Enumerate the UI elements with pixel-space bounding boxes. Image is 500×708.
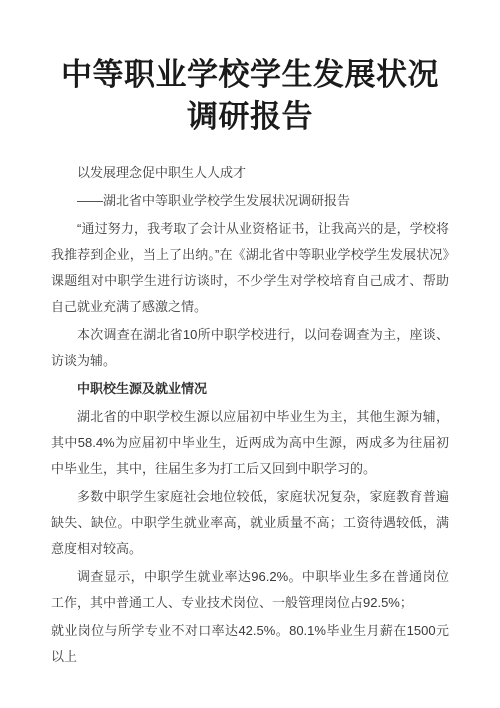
- document-page: 中等职业学校学生发展状况调研报告 以发展理念促中职生人人成才 ——湖北省中等职业…: [0, 0, 500, 708]
- paragraph-student-quote: “通过努力，我考取了会计从业资格证书，让我高兴的是，学校将我推荐到企业，当上了出…: [51, 216, 449, 320]
- paragraph-survey-method: 本次调查在湖北省10所中职学校进行，以问卷调查为主，座谈、访谈为辅。: [51, 322, 449, 374]
- paragraph-family-background: 多数中职学生家庭社会地位较低，家庭状况复杂，家庭教育普遍缺失、缺位。中职学生就业…: [51, 484, 449, 562]
- section-heading-enrollment-employment: 中职校生源及就业情况: [51, 376, 449, 402]
- paragraph-subtitle-dash: ——湖北省中等职业学校学生发展状况调研报告: [51, 188, 449, 214]
- paragraph-employment-rate: 调查显示，中职学生就业率达96.2%。中职毕业生多在普通岗位工作，其中普通工人、…: [51, 564, 449, 616]
- report-title: 中等职业学校学生发展状况调研报告: [51, 54, 449, 138]
- paragraph-subtitle: 以发展理念促中职生人人成才: [51, 160, 449, 186]
- paragraph-student-source: 湖北省的中职学校生源以应届初中毕业生为主，其他生源为辅，其中58.4%为应届初中…: [51, 404, 449, 482]
- paragraph-job-mismatch: 就业岗位与所学专业不对口率达42.5%。80.1%毕业生月薪在1500元以上: [51, 618, 449, 670]
